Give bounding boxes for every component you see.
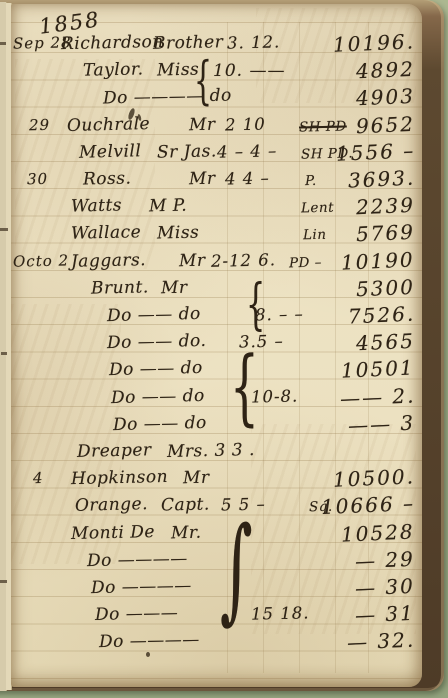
- entry-name: Mrs. 3 3 .: [167, 437, 255, 465]
- entry-number: 7526.: [347, 301, 415, 330]
- entry-name: Ross.: [83, 165, 132, 192]
- entry-name: Melvill: [79, 138, 142, 165]
- ledger-photo: 1858 Sep 28RichardsonBrother3. 12.10196.…: [0, 0, 448, 698]
- entry-name: Sr Jas.: [157, 138, 217, 165]
- entry-date: 4: [33, 465, 44, 491]
- entry-name: Taylor.: [83, 57, 144, 84]
- entry-name: Do —— do: [107, 301, 201, 329]
- brace-mark: {: [230, 342, 259, 432]
- ledger-row: Do —— do10-8.—— 2.: [11, 384, 422, 411]
- entry-number: 10528: [341, 518, 416, 547]
- entry-name: Mr: [189, 166, 216, 193]
- entry-fig: 4 4 –: [225, 165, 270, 192]
- brace-mark: {: [194, 53, 212, 109]
- ledger-row: Sep 28RichardsonBrother3. 12.10196.: [11, 30, 422, 57]
- entry-name: Miss: [157, 220, 200, 247]
- entry-number: 5300: [356, 274, 416, 303]
- entry-name: M P.: [149, 193, 188, 220]
- ledger-row: Do ———— do4903: [11, 84, 422, 111]
- entry-name: Do —— do: [113, 410, 207, 438]
- entry-number: 4903: [356, 83, 416, 112]
- entry-number: 9652: [356, 110, 416, 139]
- entry-name: Dreaper: [77, 437, 152, 465]
- entry-number: 5769: [356, 219, 416, 248]
- entry-fig: 2-12 6.: [211, 247, 277, 274]
- ledger-row: Do —— do.3.5 –4565: [11, 329, 422, 356]
- entry-name: Wallace: [71, 220, 142, 248]
- entry-number: — 30: [355, 573, 416, 602]
- entry-date: 30: [27, 166, 49, 192]
- entry-fig: 2 10: [225, 111, 266, 138]
- entry-number: — 32.: [346, 627, 415, 656]
- entry-name: Hopkinson: [71, 464, 169, 492]
- entry-number: —— 2.: [339, 382, 416, 411]
- ledger-row: Do ————— 32.: [11, 628, 422, 655]
- ledger-row: Do ———15 18.— 31: [11, 601, 422, 628]
- ledger-row: Do —— do8. – –7526.: [11, 302, 422, 329]
- ledger-row: DreaperMrs. 3 3 .: [11, 438, 422, 465]
- entry-name: Mr: [183, 465, 210, 492]
- entry-name: Do —— do: [109, 355, 203, 383]
- entry-fig: 4 – 4 –: [217, 138, 278, 165]
- entry-name: Do ————: [91, 573, 192, 601]
- entry-name: Do —— do.: [107, 328, 207, 356]
- entry-note: PD –: [289, 249, 323, 276]
- entry-name: Brother: [153, 29, 224, 57]
- entry-number: —— 3: [347, 409, 415, 438]
- entry-number: 1556 –: [335, 137, 415, 166]
- entry-number: 10666 –: [320, 490, 415, 520]
- entry-name: Richardson: [61, 29, 164, 57]
- entry-date: 29: [29, 111, 51, 137]
- entry-number: — 31: [355, 600, 416, 629]
- brace-mark: {: [246, 275, 265, 335]
- entry-name: Mr: [189, 111, 216, 138]
- entry-number: — 29: [355, 546, 416, 575]
- entry-number: 10501: [341, 355, 416, 384]
- ledger-row: Do ————— 29: [11, 547, 422, 574]
- entry-name: Watts: [71, 193, 123, 220]
- entry-name: Do ———: [95, 600, 179, 628]
- entry-note: P.: [305, 168, 317, 194]
- entry-name: Mr.: [171, 519, 202, 546]
- ledger-row: Octo 2Jaggars.Mr2-12 6.PD –10190: [11, 248, 422, 275]
- entry-number: 10196.: [332, 28, 415, 58]
- ledger-page: 1858 Sep 28RichardsonBrother3. 12.10196.…: [11, 4, 422, 687]
- ledger-row: Do ————— 30: [11, 574, 422, 601]
- entry-note: Lent: [301, 195, 335, 222]
- brace-mark: ∫: [220, 507, 253, 631]
- entry-name: Mr: [179, 247, 206, 274]
- ledger-row: 30Ross.Mr4 4 –P.3693.: [11, 166, 422, 193]
- ink-bleed-mark: [0, 42, 6, 45]
- entry-name: Ouchrale: [67, 111, 151, 139]
- ink-bleed-mark: [0, 228, 8, 231]
- entry-number: 4565: [356, 328, 416, 357]
- entry-date: Octo 2: [13, 247, 70, 274]
- ledger-row: Monti DeMr.10528: [11, 520, 422, 547]
- entry-number: 10190: [341, 246, 416, 275]
- entry-name: Mr: [161, 274, 188, 301]
- entry-name: Monti De: [71, 519, 156, 547]
- entry-number: 10500.: [332, 463, 415, 493]
- ledger-row: Do —— do10501: [11, 356, 422, 383]
- ledger-row: WattsM P.Lent2239: [11, 193, 422, 220]
- ledger-row: MelvillSr Jas.4 – 4 –SH PD.1556 –: [11, 139, 422, 166]
- entry-name: Do ———— do: [103, 83, 232, 112]
- entry-name: Do ————: [99, 627, 200, 655]
- entry-note: Lin: [303, 222, 327, 249]
- entry-name: Do ————: [87, 546, 188, 574]
- ink-bleed-mark: [0, 580, 7, 583]
- ledger-row: Do —— do—— 3: [11, 411, 422, 438]
- entry-figures: 10. ——: [213, 61, 285, 81]
- entry-name: Orange.: [75, 492, 149, 520]
- ledger-row: WallaceMissLin5769: [11, 220, 422, 247]
- entry-name: Capt.: [161, 492, 210, 519]
- entry-number: 4892: [356, 56, 416, 85]
- ledger-row: 29OuchraleMr2 10SH PD9652: [11, 112, 422, 139]
- entry-name: Jaggars.: [71, 247, 147, 275]
- ledger-row: Brunt.Mr5300: [11, 275, 422, 302]
- entry-note: SH PD: [299, 113, 347, 140]
- entry-fig: 15 18.: [251, 601, 310, 628]
- entry-name: Do —— do: [111, 383, 205, 411]
- entry-number: 3693.: [347, 165, 415, 194]
- ledger-row: Orange.Capt.5 5 –Sq.10666 –: [11, 492, 422, 519]
- entry-name: Brunt.: [91, 274, 149, 301]
- ink-bleed-mark: [1, 352, 7, 355]
- entry-fig: 3. 12.: [227, 29, 281, 56]
- ledger-row: 4HopkinsonMr10500.: [11, 465, 422, 492]
- entry-number: 2239: [356, 192, 416, 221]
